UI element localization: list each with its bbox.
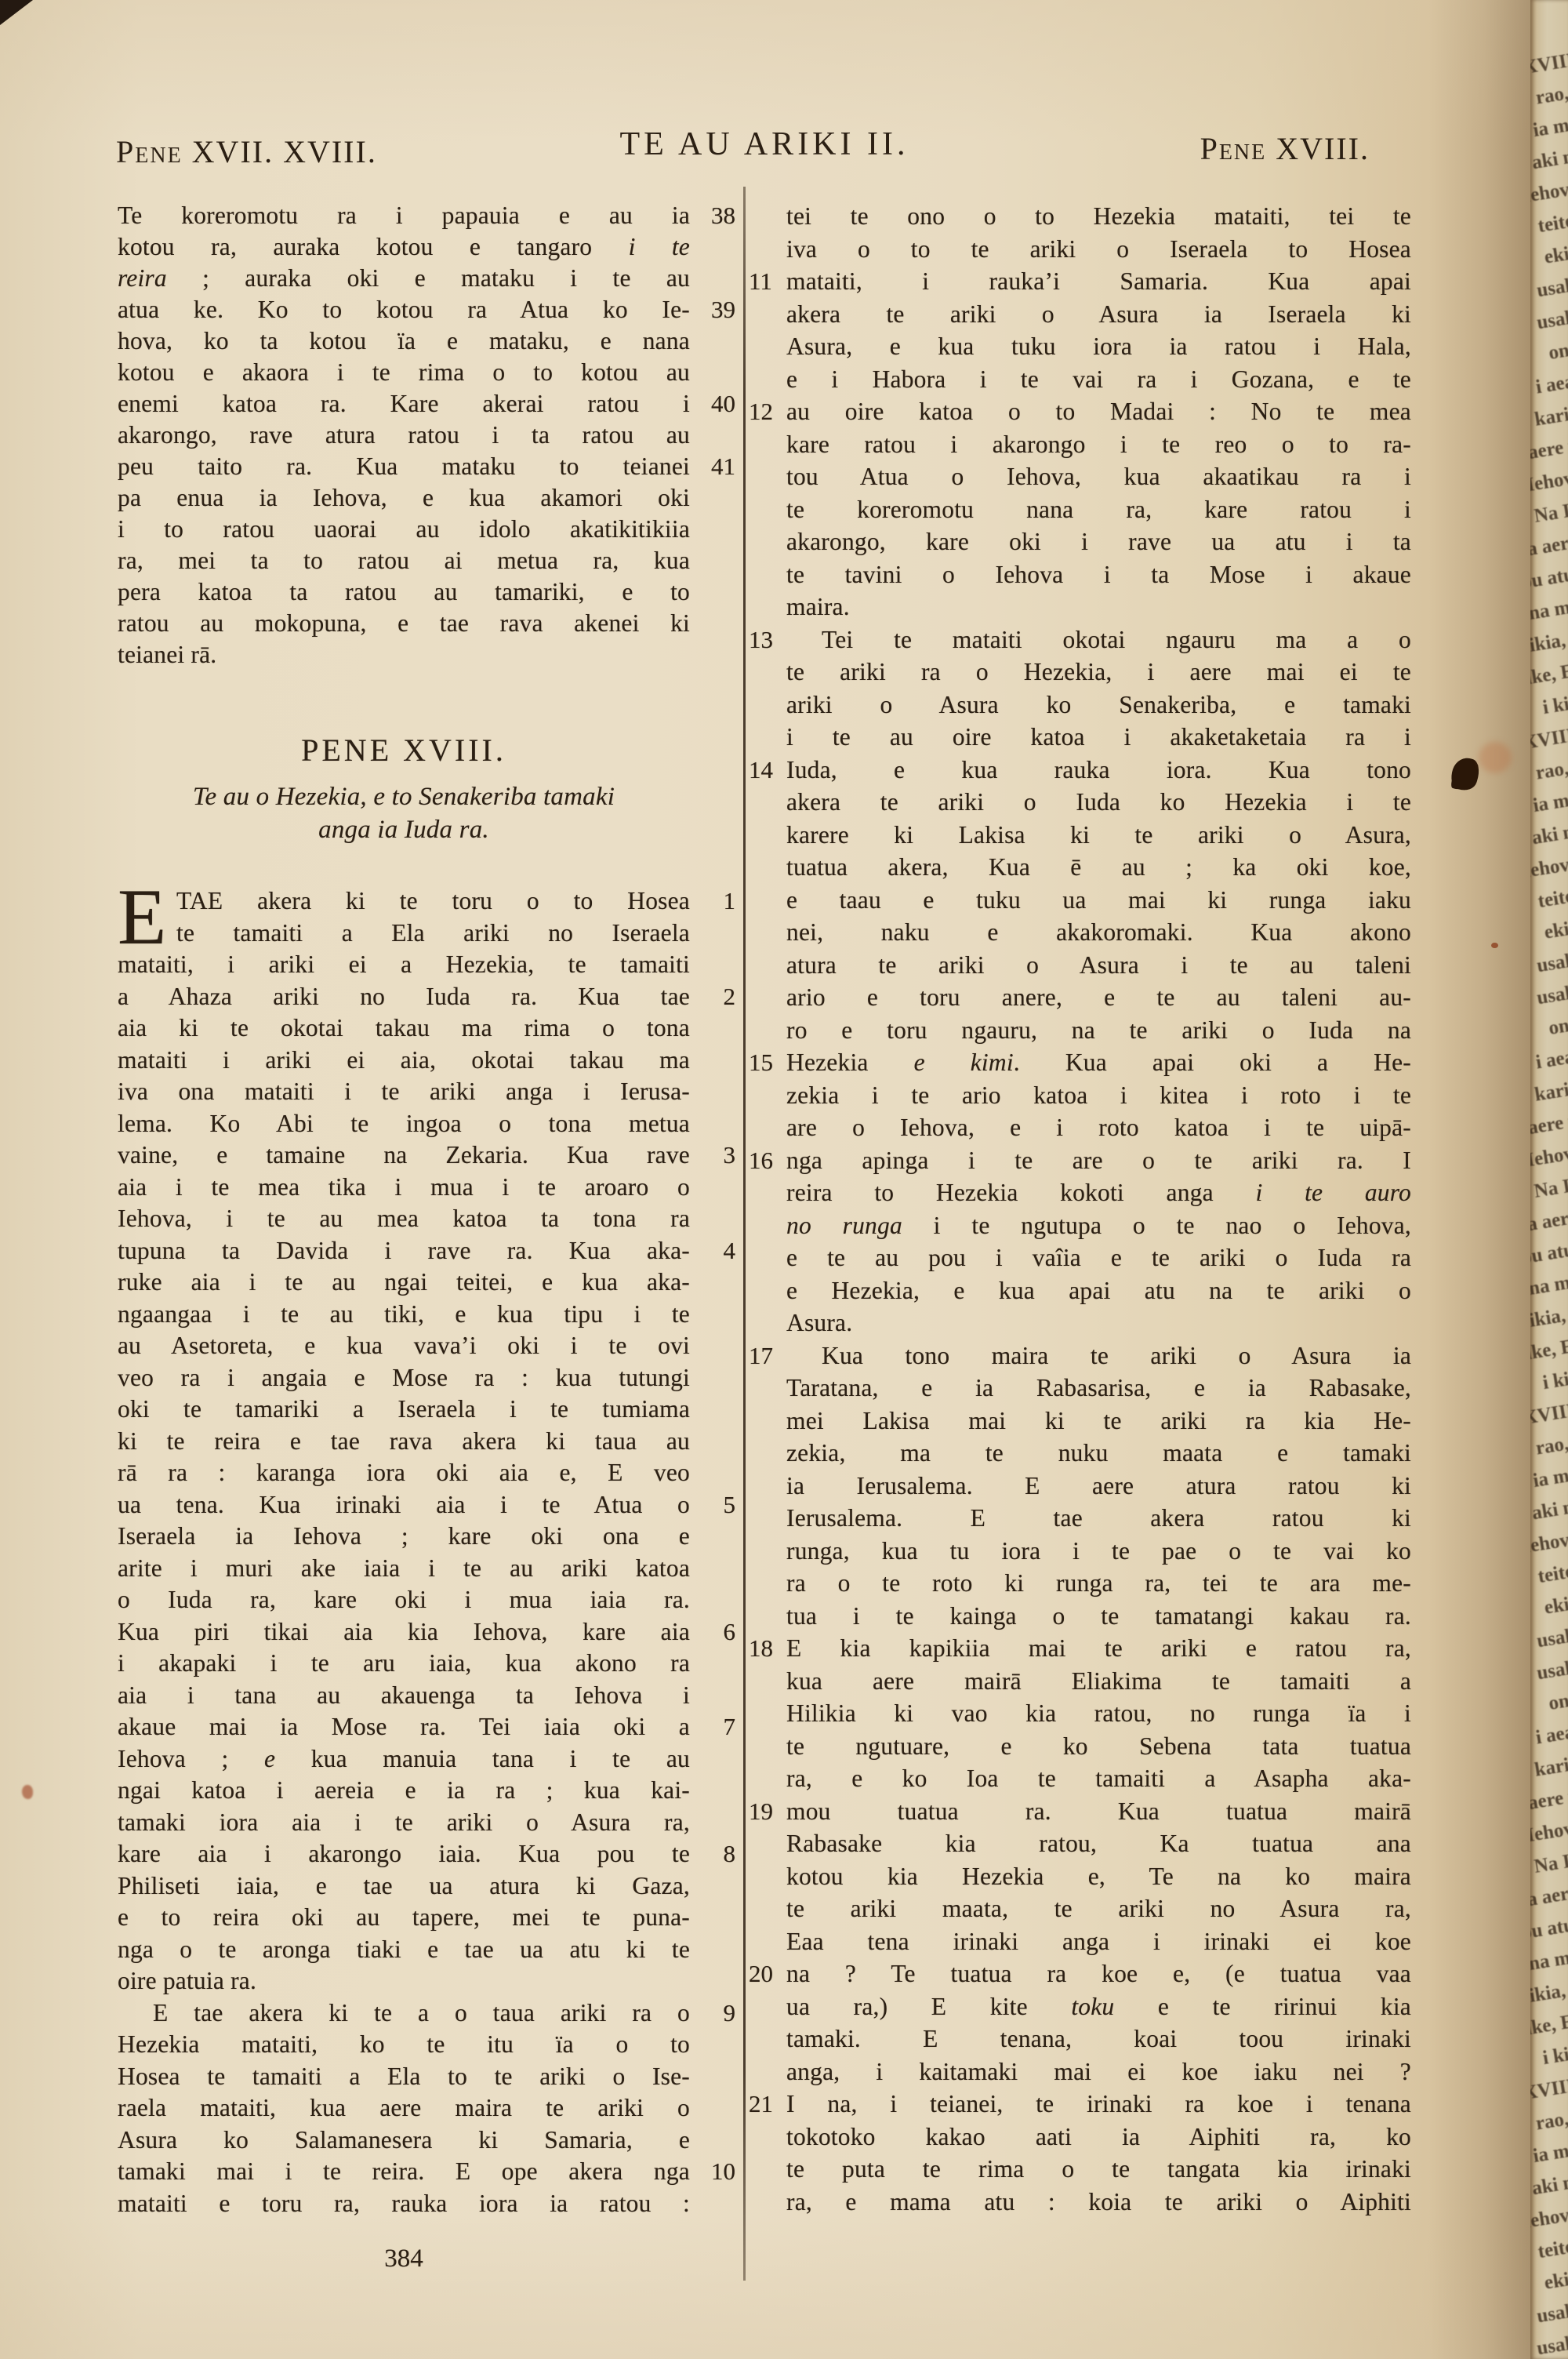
edge-text-fragment: aki m [1530, 820, 1568, 852]
text-line: o Iuda ra, kare oki i mua iaia ra. [118, 1584, 690, 1616]
text-line: E tae akera ki te a o taua ariki ra o9 [118, 1997, 690, 2030]
text-line: ua ra,) E kite toku e te ririnui kia [786, 1990, 1411, 2023]
verse-number: 20 [749, 1957, 782, 1990]
edge-text-fragment: i kia [1530, 1367, 1568, 1399]
edge-text-fragment: I aere u [1530, 1110, 1568, 1142]
text-line: tamaki. E tenana, koai toou irinaki [786, 2023, 1411, 2055]
text-line: peu taito ra. Kua mataku to teianei41 [118, 451, 690, 482]
edge-text-fragment: XVIII. [1530, 2074, 1568, 2106]
running-head-right: Pene XVIII. [1200, 130, 1370, 167]
text-line: nga apinga i te are o te ariki ra. I16 [786, 1144, 1411, 1177]
text-line: Ierusalema. E tae akera ratou ki [786, 1502, 1411, 1535]
edge-text-fragment: XVIII. [1530, 1399, 1568, 1431]
verse-number: 17 [749, 1339, 782, 1372]
edge-text-fragment: a Iehova, [1530, 467, 1568, 499]
edge-text-fragment: usale [1530, 306, 1568, 338]
edge-text-fragment: rao, i [1530, 756, 1568, 788]
edge-text-fragment: a Iehova, [1530, 1817, 1568, 1849]
dark-corner [0, 0, 33, 25]
text-line: kotou kia Hezekia e, Te na ko maira [786, 1860, 1411, 1893]
text-line: e te au pou i vaîia e te ariki o Iuda ra [786, 1241, 1411, 1274]
text-line: Iseraela ia Iehova ; kare oki ona e [118, 1521, 690, 1553]
verse-number: 4 [695, 1235, 735, 1267]
edge-text-fragment: ake, Ei [1530, 2010, 1568, 2042]
text-line: veo ra i angaia e Mose ra : kua tutungi [118, 1362, 690, 1394]
text-line: Asura, e kua tuku iora ia ratou i Hala, [786, 330, 1411, 363]
text-line: vaine, e tamaine na Zekaria. Kua rave3 [118, 1140, 690, 1172]
text-line: Hezekia e kimi. Kua apai oki a He-15 [786, 1046, 1411, 1079]
verse-number: 38 [695, 200, 735, 231]
text-line: Tei te mataiti okotai ngauru ma a o13 [786, 623, 1411, 656]
edge-text-fragment: usale [1530, 2299, 1568, 2332]
text-line: raela mataiti, kua aere maira te ariki o [118, 2092, 690, 2125]
text-line: te puta te rima o te tangata kia irinaki [786, 2153, 1411, 2186]
text-line: e taau e tuku ua mai ki runga iaku [786, 884, 1411, 917]
text-line: te tamaiti a Ela ariki no Iseraela [118, 918, 690, 950]
edge-text-fragment: rao, i [1530, 2106, 1568, 2139]
edge-text-fragment: ana me [1530, 1270, 1568, 1303]
text-line: akera te ariki o Iuda ko Hezekia i te [786, 786, 1411, 819]
edge-text-fragment: Ka aere, [1530, 1206, 1568, 1238]
edge-text-fragment: pu atu. [1530, 563, 1568, 595]
text-line: Iehova ; e kua manuia tana i te au [118, 1743, 690, 1776]
text-line: pa enua ia Iehova, e kua akamori oki [118, 482, 690, 514]
text-line: enemi katoa ra. Kare akerai ratou i40 [118, 388, 690, 420]
chapter-subtitle-line: anga ia Iuda ra. [118, 813, 690, 846]
text-line: kotou ra, auraka kotou e tangaro i te [118, 231, 690, 263]
edge-text-fragment: pu atu. [1530, 1238, 1568, 1270]
left-text-column: Te koreromotu ra i papauia e au ia38koto… [118, 200, 690, 2219]
edge-text-fragment: XVIII. [1530, 49, 1568, 81]
verse-number: 39 [695, 294, 735, 325]
text-line: ra, e ko Ioa te tamaiti a Asapha aka- [786, 1762, 1411, 1795]
edge-text-fragment: usale [1530, 949, 1568, 981]
text-line: akarongo, rave atura ratou i ta ratou au [118, 420, 690, 451]
edge-text-fragment: usale [1530, 981, 1568, 1013]
text-line: mou tuatua ra. Kua tuatua mairā19 [786, 1795, 1411, 1828]
text-line: tuatua akera, Kua ē au ; ka oki koe, [786, 851, 1411, 884]
text-line: aia ki te okotai takau ma rima o tona [118, 1012, 690, 1045]
small-speck-mark [1491, 943, 1498, 948]
text-line: runga, kua tu iora i te pae o te vai ko [786, 1535, 1411, 1568]
text-line: atura te ariki o Asura i te au taleni [786, 949, 1411, 982]
text-line: te ariki ra o Hezekia, i aere mai ei te [786, 656, 1411, 689]
edge-text-fragment: ekia [1530, 917, 1568, 949]
text-line: te tavini o Iehova i ta Mose i akaue [786, 558, 1411, 591]
text-line: akera te ariki o Asura ia Iseraela ki [786, 298, 1411, 331]
edge-text-fragment: i aea, [1530, 1721, 1568, 1753]
text-line: e to reira oki au tapere, mei te puna- [118, 1902, 690, 1934]
text-line: au Asetoreta, e kua vavaʼi oki i te ovi [118, 1330, 690, 1362]
text-line: ngai katoa i aereia e ia ra ; kua kai- [118, 1775, 690, 1807]
chapter-heading: PENE XVIII. [118, 732, 690, 769]
edge-text-fragment: Iehova [1530, 177, 1568, 209]
text-line: Rabasake kia ratou, Ka tuatua ana [786, 1827, 1411, 1860]
text-line: oire patuia ra. [118, 1965, 690, 1997]
text-line: Te koreromotu ra i papauia e au ia38 [118, 200, 690, 231]
edge-text-fragment: ona [1530, 1688, 1568, 1721]
text-line: Kua tono maira te ariki o Asura ia17 [786, 1339, 1411, 1372]
text-line: ra, e mama atu : koia te ariki o Aiphiti [786, 2186, 1411, 2219]
text-line: a Ahaza ariki no Iuda ra. Kua tae2 [118, 981, 690, 1013]
verse-number: 14 [749, 754, 782, 787]
text-line: Taratana, e ia Rabasarisa, e ia Rabasake… [786, 1372, 1411, 1405]
verse-number: 16 [749, 1144, 782, 1177]
edge-text-fragment: i kia [1530, 692, 1568, 724]
text-line: reira ; auraka oki e mataku i te au [118, 263, 690, 294]
edge-text-fragment: teitei [1530, 209, 1568, 242]
edge-text-fragment: i aea, [1530, 1045, 1568, 1078]
text-line: teianei rā. [118, 639, 690, 671]
edge-text-fragment: likia, e [1530, 1978, 1568, 2010]
edge-text-fragment: aki m [1530, 145, 1568, 177]
text-line: maira. [786, 591, 1411, 623]
next-page-edge: XVIII.rao, iia maaki mIehovateiteiekiaus… [1530, 0, 1568, 2359]
edge-text-fragment: te kario [1530, 1078, 1568, 1110]
edge-text-fragment: Iehova [1530, 2203, 1568, 2235]
edge-text-fragment: likia, e [1530, 1303, 1568, 1335]
text-line: ua tena. Kua irinaki aia i te Atua o5 [118, 1489, 690, 1521]
text-line: lema. Ko Abi te ingoa o tona metua [118, 1108, 690, 1140]
text-line: karere ki Lakisa ki te ariki o Asura, [786, 819, 1411, 852]
edge-text-fragment: ana me [1530, 1946, 1568, 1978]
text-line: e Hezekia, e kua apai atu na te ariki o [786, 1274, 1411, 1307]
text-line: zekia, ma te nuku maata e tamaki [786, 1437, 1411, 1470]
text-line: e i Habora i te vai ra i Gozana, e te [786, 363, 1411, 396]
verse-number: 21 [749, 2088, 782, 2121]
text-line: mei Lakisa mai ki te ariki ra kia He- [786, 1405, 1411, 1438]
edge-text-fragment: usale [1530, 1656, 1568, 1688]
verse-number: 2 [695, 981, 735, 1013]
text-line: na ? Te tuatua ra koe e, (e tuatua vaa20 [786, 1957, 1411, 1990]
text-line: i akapaki i te aru iaia, kua akono ra [118, 1648, 690, 1680]
text-line: tei te ono o to Hezekia mataiti, tei te [786, 200, 1411, 233]
text-line: Hezekia mataiti, ko te itu ïa o to [118, 2029, 690, 2061]
verse-block-chapter18-continued: tei te ono o to Hezekia mataiti, tei tei… [786, 200, 1411, 2218]
verse-number: 11 [749, 265, 782, 298]
text-line: Hosea te tamaiti a Ela to te ariki o Ise… [118, 2061, 690, 2093]
text-line: arite i muri ake iaia i te au ariki kato… [118, 1553, 690, 1585]
text-line: rā ra : karanga iora oki aia e, E veo [118, 1457, 690, 1489]
edge-text-fragment: ia ma [1530, 788, 1568, 820]
text-line: i to ratou uaorai au idolo akatikitikiia [118, 514, 690, 545]
text-line: ruke aia i te au ngai teitei, e kua aka- [118, 1267, 690, 1299]
verse-number: 6 [695, 1616, 735, 1648]
verse-number: 12 [749, 395, 782, 428]
edge-text-fragment: teitei [1530, 885, 1568, 917]
text-line: ro e toru ngauru, na te ariki o Iuda na [786, 1014, 1411, 1047]
edge-text-fragment: rao, i [1530, 81, 1568, 113]
text-line: zekia i te ario katoa i kitea i roto i t… [786, 1079, 1411, 1112]
edge-text-fragment: ekia [1530, 1592, 1568, 1624]
text-line: ratou au mokopuna, e tae rava akenei ki [118, 608, 690, 639]
edge-text-fragment: Iehova [1530, 852, 1568, 885]
verse-number: 3 [695, 1140, 735, 1172]
edge-text-fragment: likia, e [1530, 627, 1568, 660]
text-line: mataiti, i ariki ei a Hezekia, te tamait… [118, 949, 690, 981]
text-line: Asura ko Salamanesera ki Samaria, e [118, 2125, 690, 2157]
edge-text-fragment: teitei [1530, 2235, 1568, 2267]
edge-text-fragment: ekia [1530, 2267, 1568, 2299]
text-line: Hilikia ki vao kia ratou, no runga ïa i [786, 1697, 1411, 1730]
verse-number: 19 [749, 1795, 782, 1828]
running-head-left: Pene XVII. XVIII. [116, 133, 377, 170]
edge-text-fragment: I aere u [1530, 434, 1568, 467]
edge-text-fragment: pu atu. [1530, 1914, 1568, 1946]
text-line: aia i te mea tika i mua i te aroaro o [118, 1172, 690, 1204]
text-line: Eaa tena irinaki anga i irinaki ei koe [786, 1925, 1411, 1958]
edge-text-fragment: ana me [1530, 595, 1568, 627]
text-line: te ngutuare, e ko Sebena tata tuatua [786, 1730, 1411, 1763]
verse-number: 1 [695, 885, 735, 918]
text-line: Iehova, i te au mea katoa ta tona ra [118, 1203, 690, 1235]
text-line: akaue mai ia Mose ra. Tei iaia oki a7 [118, 1711, 690, 1743]
text-line: Philiseti iaia, e tae ua atura ki Gaza, [118, 1870, 690, 1903]
edge-text-fragment: ia ma [1530, 2139, 1568, 2171]
verse-number: 18 [749, 1632, 782, 1665]
edge-text-fragment: Ka aere, [1530, 531, 1568, 563]
edge-text-fragment: Na Ie [1530, 1174, 1568, 1206]
verse-number: 13 [749, 623, 782, 656]
edge-text-fragment: te kario [1530, 1753, 1568, 1785]
edge-text-fragment: i aea, [1530, 370, 1568, 402]
text-line: mataiti i ariki ei aia, okotai takau ma [118, 1045, 690, 1077]
edge-text-fragment: XVIII. [1530, 724, 1568, 756]
verse-number: 8 [695, 1838, 735, 1870]
text-line: ra, mei ta to ratou ai metua ra, kua [118, 545, 690, 576]
book-page-photo: { "header": { "left": "Pene XVII. XVIII.… [0, 0, 1568, 2359]
text-line: nga o te aronga tiaki e tae ua atu ki te [118, 1934, 690, 1966]
edge-text-fragment: usale [1530, 1624, 1568, 1656]
text-line: nei, naku e akakoromaki. Kua akono [786, 916, 1411, 949]
text-line: ariki o Asura ko Senakeriba, e tamaki [786, 689, 1411, 722]
edge-text-fragment: a Iehova, [1530, 1142, 1568, 1174]
text-line: E kia kapikiia mai te ariki e ratou ra,1… [786, 1632, 1411, 1665]
text-line: ario e toru anere, e te au taleni au- [786, 981, 1411, 1014]
edge-text-fragment: teitei [1530, 1560, 1568, 1592]
edge-text-fragment: usale [1530, 2332, 1568, 2359]
edge-text-fragment: Ka aere, [1530, 1881, 1568, 1914]
verse-number: 41 [695, 451, 735, 482]
text-line: aia i tana au akauenga ta Iehova i [118, 1680, 690, 1712]
text-line: reira to Hezekia kokoti anga i te auro [786, 1176, 1411, 1209]
chapter-subtitle: Te au o Hezekia, e to Senakeriba tamakia… [118, 780, 690, 846]
edge-text-fragment: ekia [1530, 242, 1568, 274]
edge-text-fragment: ake, Ei [1530, 1335, 1568, 1367]
text-line: au oire katoa o to Madai : No te mea12 [786, 395, 1411, 428]
text-line: mataiti e toru ra, rauka iora ia ratou : [118, 2188, 690, 2220]
text-line: are o Iehova, e i roto katoa i te uipā- [786, 1111, 1411, 1144]
edge-text-fragment: ona [1530, 1013, 1568, 1045]
text-line: TAE akera ki te toru o to Hosea1 [118, 885, 690, 918]
text-line: i te au oire katoa i akaketaketaia ra i [786, 721, 1411, 754]
edge-text-fragment: ia ma [1530, 1463, 1568, 1496]
verse-number: 9 [695, 1997, 735, 2030]
edge-text-fragment: ake, Ei [1530, 660, 1568, 692]
text-line: tua i te kainga o te tamatangi kakau ra. [786, 1600, 1411, 1633]
edge-text-fragment: ona [1530, 338, 1568, 370]
text-line: te ariki maata, te ariki no Asura ra, [786, 1892, 1411, 1925]
text-line: kare aia i akarongo iaia. Kua pou te8 [118, 1838, 690, 1870]
text-line: oki te tamariki a Iseraela i te tumiama [118, 1394, 690, 1426]
text-line: akarongo, kare oki i rave ua atu i ta [786, 525, 1411, 558]
chapter-subtitle-line: Te au o Hezekia, e to Senakeriba tamaki [118, 780, 690, 813]
edge-text-fragment: rao, i [1530, 1431, 1568, 1463]
text-line: ra o te roto ki runga ra, tei te ara me- [786, 1567, 1411, 1600]
page-number: 384 [118, 2245, 690, 2274]
verse-number: 15 [749, 1046, 782, 1079]
column-divider-rule [743, 187, 746, 2281]
text-line: iva o to te ariki o Iseraela to Hosea [786, 233, 1411, 266]
text-line: atua ke. Ko to kotou ra Atua ko Ie-39 [118, 294, 690, 325]
edge-text-fragment: usale [1530, 274, 1568, 306]
edge-text-fragment: aki m [1530, 2171, 1568, 2203]
text-line: kua aere mairā Eliakima te tamaiti a [786, 1665, 1411, 1698]
text-line: mataiti, i raukaʼi Samaria. Kua apai11 [786, 265, 1411, 298]
red-dot-mark [22, 1785, 33, 1799]
text-line: iva ona mataiti i te ariki anga i Ierusa… [118, 1076, 690, 1108]
text-line: Asura. [786, 1307, 1411, 1339]
right-text-column: tei te ono o to Hezekia mataiti, tei tei… [786, 200, 1411, 2218]
red-smudge-mark [1479, 742, 1512, 773]
edge-text-fragment: i kia [1530, 2042, 1568, 2074]
verse-number: 10 [695, 2156, 735, 2188]
verse-number: 5 [695, 1489, 735, 1521]
edge-text-fragment: Iehova [1530, 1528, 1568, 1560]
page-curve-shadow [1428, 0, 1530, 2359]
text-line: ia Ierusalema. E aere atura ratou ki [786, 1470, 1411, 1503]
verse-number: 40 [695, 388, 735, 420]
text-line: te koreromotu nana ra, kare ratou i [786, 493, 1411, 526]
text-line: tou Atua o Iehova, kua akaatikau ra i [786, 460, 1411, 493]
edge-text-fragment: ia ma [1530, 113, 1568, 145]
text-line: pera katoa ta ratou au tamariki, e to [118, 576, 690, 608]
text-line: tamaki mai i te reira. E ope akera nga10 [118, 2156, 690, 2188]
verse-block-chapter17-end: Te koreromotu ra i papauia e au ia38koto… [118, 200, 690, 671]
text-line: tupuna ta Davida i rave ra. Kua aka-4 [118, 1235, 690, 1267]
text-line: anga, i kaitamaki mai ei koe iaku nei ? [786, 2055, 1411, 2088]
running-head: Pene XVII. XVIII. TE AU ARIKI II. Pene X… [0, 125, 1568, 180]
text-line: tokotoko kakao aati ia Aiphiti ra, ko [786, 2121, 1411, 2154]
edge-text-fragment: Na Ie [1530, 499, 1568, 531]
text-line: I na, i teianei, te irinaki ra koe i ten… [786, 2088, 1411, 2121]
text-line: hova, ko ta kotou ïa e mataku, e nana [118, 325, 690, 357]
text-line: Iuda, e kua rauka iora. Kua tono14 [786, 754, 1411, 787]
running-head-title: TE AU ARIKI II. [620, 125, 909, 163]
edge-text-fragment: I aere u [1530, 1785, 1568, 1817]
text-line: no runga i te ngutupa o te nao o Iehova, [786, 1209, 1411, 1242]
text-line: Kua piri tikai aia kia Iehova, kare aia6 [118, 1616, 690, 1648]
edge-text-fragment: te kario [1530, 402, 1568, 434]
text-line: kotou e akaora i te rima o to kotou au [118, 357, 690, 388]
edge-text-fragment: aki m [1530, 1496, 1568, 1528]
verse-block-chapter18-start: ETAE akera ki te toru o to Hosea1te tama… [118, 885, 690, 2219]
text-line: ki te reira e tae rava akera ki taua au [118, 1426, 690, 1458]
verse-number: 7 [695, 1711, 735, 1743]
text-line: tamaki iora aia i te ariki o Asura ra, [118, 1807, 690, 1839]
edge-text-fragment: Na Ie [1530, 1849, 1568, 1881]
text-line: kare ratou i akarongo i te reo o to ra- [786, 428, 1411, 461]
text-line: ngaangaa i te au tiki, e kua tipu i te [118, 1299, 690, 1331]
